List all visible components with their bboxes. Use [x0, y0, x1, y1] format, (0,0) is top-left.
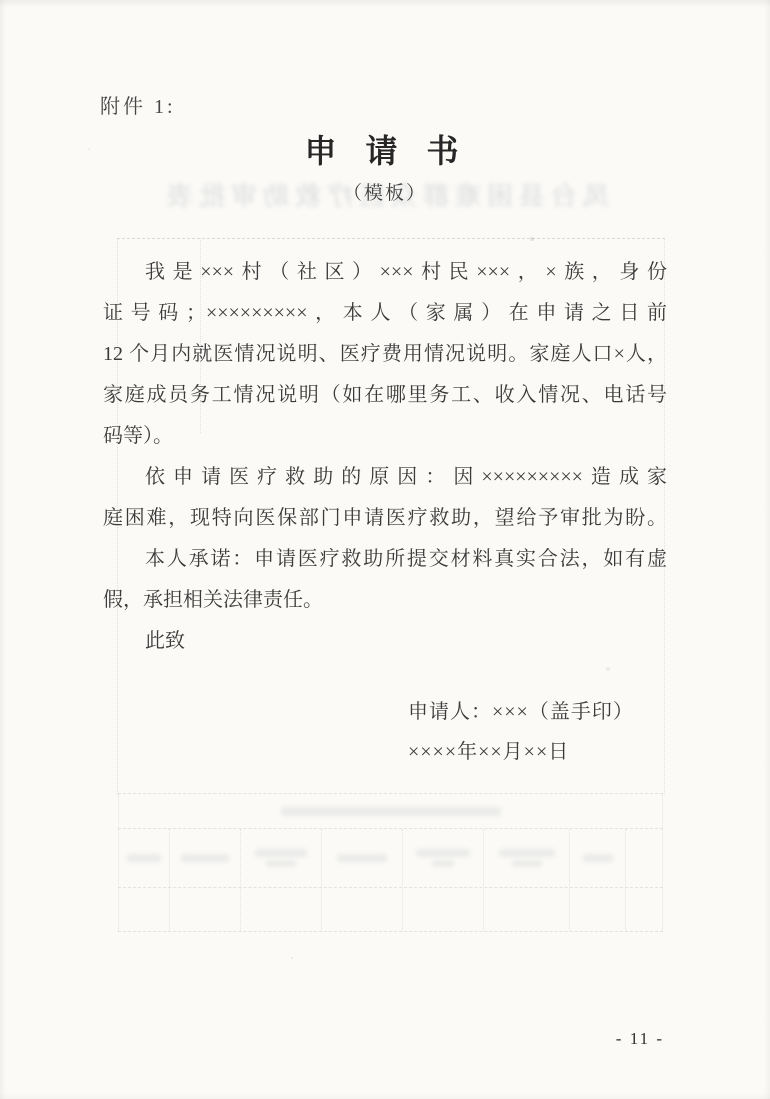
scanned-document-page: 凤台县困难群众医疗救助审批表 附件 1: 申 请: [0, 0, 770, 1099]
body-line: 依申请医疗救助的原因：因×××××××××造成家: [103, 457, 667, 498]
body-line: 码等）。: [103, 416, 667, 457]
signature-applicant-line: 申请人：×××（盖手印）: [408, 692, 634, 732]
body-line: 家庭成员务工情况说明（如在哪里务工、收入情况、电话号: [103, 375, 667, 416]
body-line: 庭困难，现特向医保部门申请医疗救助，望给予审批为盼。: [103, 498, 667, 539]
bleedthrough-table-grid: [118, 793, 663, 928]
page-number: - 11 -: [616, 1029, 664, 1049]
body-line: 我是×××村（社区）×××村民×××，×族，身份: [103, 252, 667, 293]
body-line: 12 个月内就医情况说明、医疗费用情况说明。家庭人口×人，: [103, 334, 667, 375]
body-line: 本人承诺：申请医疗救助所提交材料真实合法，如有虚: [103, 539, 667, 580]
body-text: 我是×××村（社区）×××村民×××，×族，身份 证号码；×××××××××，本…: [103, 252, 667, 662]
signature-block: 申请人：×××（盖手印） ××××年××月××日: [408, 692, 634, 772]
page-title: 申 请 书: [0, 126, 770, 172]
scan-speckles: [0, 0, 2, 2]
body-line: 证号码；×××××××××，本人（家属）在申请之日前: [103, 293, 667, 334]
body-line: 此致: [103, 621, 667, 662]
attachment-label: 附件 1:: [100, 90, 176, 119]
signature-date-line: ××××年××月××日: [408, 732, 634, 772]
body-line: 假，承担相关法律责任。: [103, 580, 667, 621]
page-subtitle: （模板）: [0, 178, 770, 205]
